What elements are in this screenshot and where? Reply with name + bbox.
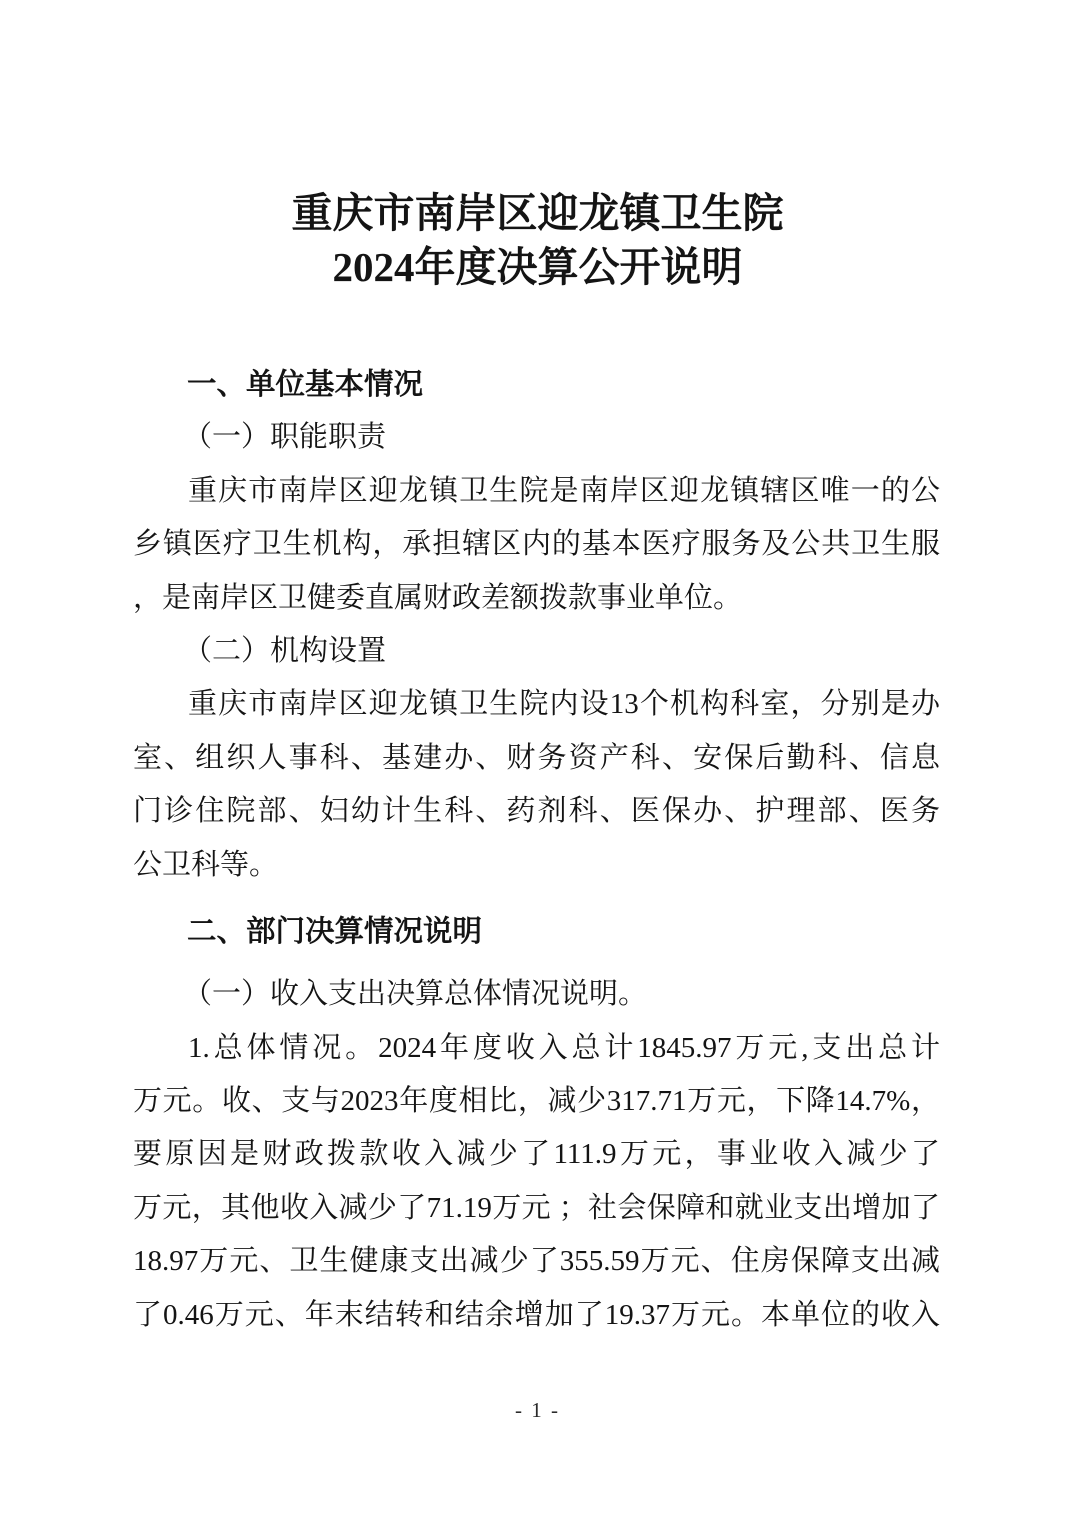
section-1-heading: 一、单位基本情况 [133,358,940,411]
paragraph-line: 万元，其他收入减少了71.19万元 ；社会保障和就业支出增加了 [133,1182,940,1235]
paragraph-line: 万元。收、支与2023年度相比，减少317.71万元，下降14.7%，主 [133,1075,940,1128]
paragraph-line: ，是南岸区卫健委直属财政差额拨款事业单位。 [133,572,940,625]
document-title-line-2: 2024年度决算公开说明 [0,240,1075,294]
document-body: 一、单位基本情况 （一）职能职责 重庆市南岸区迎龙镇卫生院是南岸区迎龙镇辖区唯一… [133,358,940,1342]
document-page: 重庆市南岸区迎龙镇卫生院 2024年度决算公开说明 一、单位基本情况 （一）职能… [0,0,1075,1520]
paragraph-line: 室、组织人事科、基建办、财务资产科、安保后勤科、信息科、 [133,732,940,785]
paragraph-line: 18.97万元、卫生健康支出减少了355.59万元、住房保障支出减少 [133,1235,940,1288]
document-title-line-1: 重庆市南岸区迎龙镇卫生院 [0,186,1075,240]
subsection-2-1-heading: （一）收入支出决算总体情况说明。 [133,968,940,1021]
subsection-1-1-heading: （一）职能职责 [133,411,940,464]
paragraph-line: 乡镇医疗卫生机构，承担辖区内的基本医疗服务及公共卫生服务 [133,518,940,571]
paragraph-line: 了0.46万元、年末结转和结余增加了19.37万元。本单位的收入总 [133,1289,940,1342]
section-2-heading: 二、部门决算情况说明 [133,905,940,958]
subsection-1-2-heading: （二）机构设置 [133,625,940,678]
paragraph-line: 重庆市南岸区迎龙镇卫生院是南岸区迎龙镇辖区唯一的公立 [133,465,940,518]
page-number: - 1 - [0,1398,1075,1423]
paragraph-line: 1.总体情况。2024年度收入总计1845.97万元,支出总计1845.97 [133,1022,940,1075]
paragraph-line: 要原因是财政拨款收入减少了111.9万元，事业收入减少了134.62 [133,1128,940,1181]
paragraph-line: 门诊住院部、妇幼计生科、药剂科、医保办、护理部、医务科、 [133,785,940,838]
paragraph-line: 公卫科等。 [133,839,940,892]
document-title: 重庆市南岸区迎龙镇卫生院 2024年度决算公开说明 [0,0,1075,294]
paragraph-line: 重庆市南岸区迎龙镇卫生院内设13个机构科室，分别是办公 [133,678,940,731]
